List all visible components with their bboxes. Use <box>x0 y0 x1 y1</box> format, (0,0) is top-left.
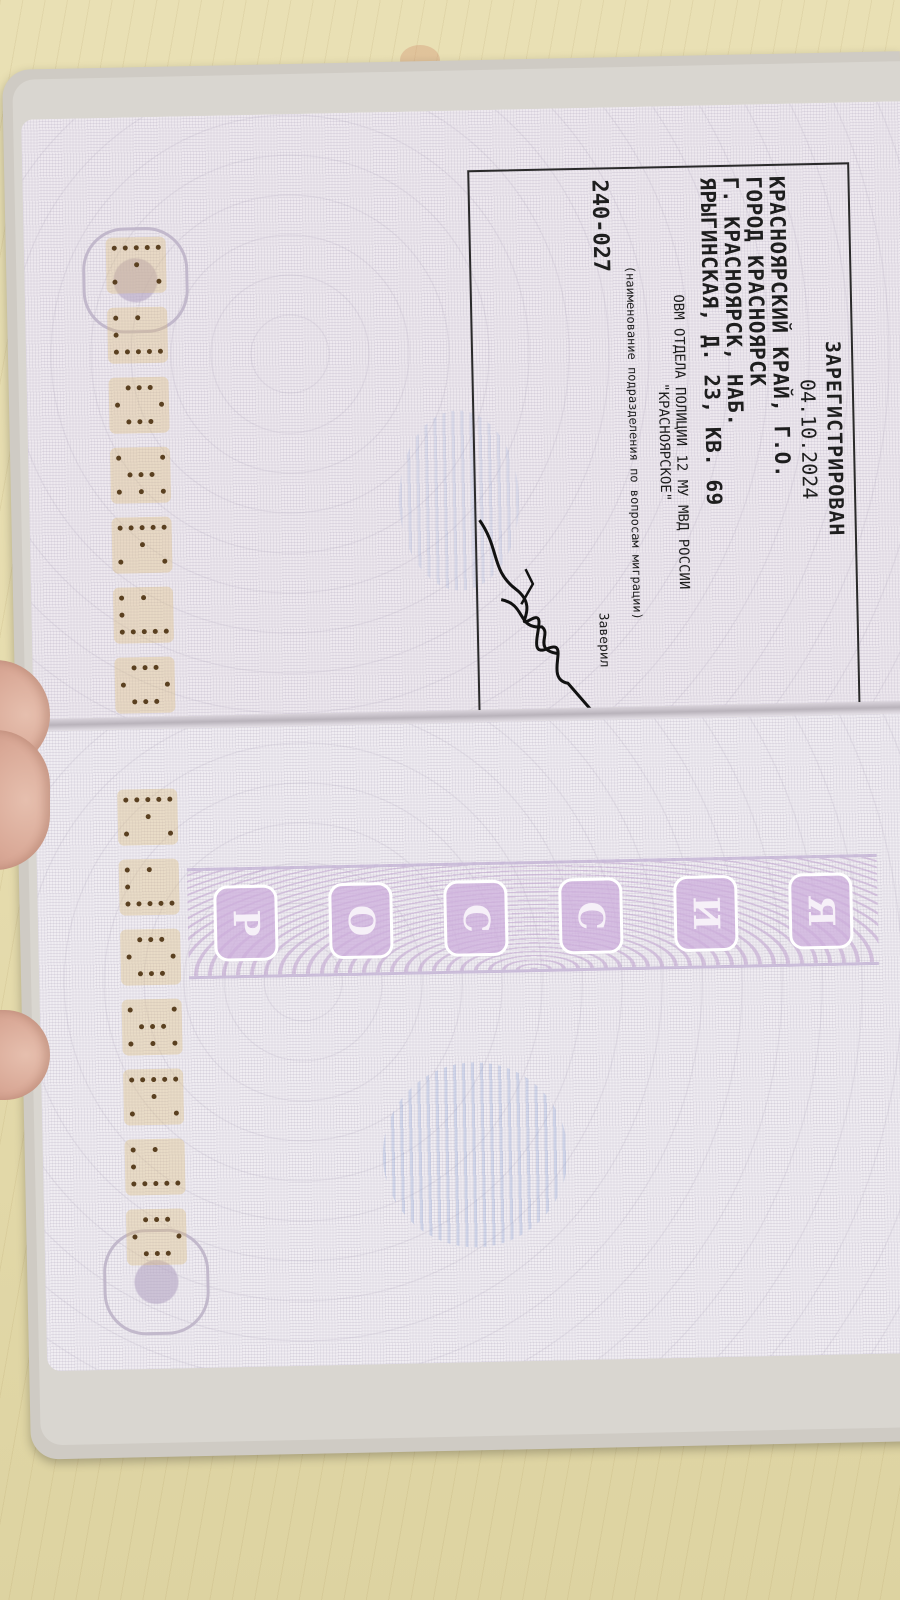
perforation-dot <box>140 542 145 547</box>
perforated-digit <box>126 1208 187 1265</box>
perforation-dot <box>126 419 131 424</box>
perforated-digit <box>121 998 182 1055</box>
perforation-dot <box>134 797 139 802</box>
perforation-dot <box>126 385 131 390</box>
stamp-caption: (наименование подразделения по вопросам … <box>621 179 646 707</box>
perforated-digit <box>119 858 180 915</box>
perforation-dot <box>135 315 140 320</box>
perforation-dot <box>141 595 146 600</box>
perforated-digit <box>123 1068 184 1125</box>
perforation-dot <box>158 901 163 906</box>
perforation-dot <box>171 954 176 959</box>
perforated-digit <box>110 447 171 504</box>
passport-cover: ЗАРЕГИСТРИРОВАН 04.10.2024 КРАСНОЯРСКИЙ … <box>2 51 900 1460</box>
perforation-dot <box>155 1251 160 1256</box>
perforation-dot <box>156 279 161 284</box>
perforation-dot <box>128 1041 133 1046</box>
perforation-dot <box>127 954 132 959</box>
perforation-dot <box>119 613 124 618</box>
perforation-dot <box>176 1233 181 1238</box>
perforation-dot <box>148 385 153 390</box>
perforation-dot <box>167 797 172 802</box>
perforation-dot <box>148 419 153 424</box>
passport-page-upper: ЗАРЕГИСТРИРОВАН 04.10.2024 КРАСНОЯРСКИЙ … <box>21 101 900 719</box>
perforation-dot <box>134 245 139 250</box>
perforation-dot <box>125 884 130 889</box>
perforation-dot <box>114 350 119 355</box>
ornament-letter: И <box>673 874 739 951</box>
perforation-dot <box>114 333 119 338</box>
perforation-dot <box>148 937 153 942</box>
perforation-dot <box>125 901 130 906</box>
perforation-dot <box>165 682 170 687</box>
perforation-dot <box>160 971 165 976</box>
perforation-dot <box>132 699 137 704</box>
perforation-dot <box>165 1217 170 1222</box>
perforation-dot <box>119 596 124 601</box>
perforation-dot <box>169 901 174 906</box>
passport-page-lower: РОССИЯ <box>34 713 900 1371</box>
stamp-code: 240-027 <box>586 179 613 272</box>
perforation-dot <box>113 316 118 321</box>
perforation-dot <box>123 245 128 250</box>
perforation-dot <box>129 525 134 530</box>
perforation-dot <box>166 1251 171 1256</box>
perforation-dot <box>156 245 161 250</box>
stamp-department: ОВМ ОТДЕЛА ПОЛИЦИИ 12 МУ МВД РОССИИ "КРА… <box>649 178 694 707</box>
perforation-dot <box>138 472 143 477</box>
perforation-dot <box>127 472 132 477</box>
perforation-dot <box>149 971 154 976</box>
perforated-digit <box>120 928 181 985</box>
perforation-dot <box>161 489 166 494</box>
perforation-dot <box>134 262 139 267</box>
perforation-dot <box>151 1077 156 1082</box>
perforation-dot <box>159 937 164 942</box>
perforation-dot <box>144 1251 149 1256</box>
perforation-dot <box>139 489 144 494</box>
perforation-dot <box>118 560 123 565</box>
perforation-dot <box>150 1041 155 1046</box>
ornament-letter: Р <box>213 884 279 961</box>
perforation-dot <box>143 699 148 704</box>
stamp-address: КРАСНОЯРСКИЙ КРАЙ, Г.О. ГОРОД КРАСНОЯРСК… <box>695 176 798 706</box>
perforation-dot <box>153 629 158 634</box>
perforation-dot <box>131 1164 136 1169</box>
perforation-dot <box>162 525 167 530</box>
perforated-digit <box>124 1138 185 1195</box>
perforation-dot <box>143 1217 148 1222</box>
perforation-dot <box>162 559 167 564</box>
perforation-dot <box>164 1181 169 1186</box>
perforation-dot <box>174 1111 179 1116</box>
ornament-letter: О <box>328 882 394 959</box>
perforation-dot <box>153 665 158 670</box>
perforation-dot <box>137 385 142 390</box>
perforation-dot <box>132 1234 137 1239</box>
ornament-letter: С <box>558 877 624 954</box>
perforation-dot <box>147 349 152 354</box>
perforated-serial-icon <box>106 237 176 708</box>
perforation-dot <box>142 665 147 670</box>
perforation-dot <box>112 246 117 251</box>
perforated-digit <box>107 307 168 364</box>
perforation-dot <box>120 630 125 635</box>
ornament-letter: Я <box>787 872 853 949</box>
perforation-dot <box>115 403 120 408</box>
perforated-digit <box>108 377 169 434</box>
perforated-digit <box>113 587 174 644</box>
perforation-dot <box>145 245 150 250</box>
perforation-dot <box>146 814 151 819</box>
perforation-dot <box>142 629 147 634</box>
perforation-dot <box>131 1147 136 1152</box>
perforation-dot <box>117 490 122 495</box>
perforation-dot <box>154 699 159 704</box>
perforation-dot <box>175 1181 180 1186</box>
perforation-dot <box>172 1007 177 1012</box>
perforation-dot <box>136 349 141 354</box>
perforation-dot <box>168 831 173 836</box>
perforation-dot <box>130 1111 135 1116</box>
perforation-dot <box>160 455 165 460</box>
perforation-dot <box>153 1147 158 1152</box>
perforation-dot <box>137 419 142 424</box>
perforation-dot <box>147 867 152 872</box>
perforation-dot <box>151 1094 156 1099</box>
perforation-dot <box>140 1077 145 1082</box>
perforation-dot <box>136 901 141 906</box>
ornament-letter: С <box>443 879 509 956</box>
perforation-dot <box>137 937 142 942</box>
ornament-band: РОССИЯ <box>187 854 879 979</box>
perforation-dot <box>159 402 164 407</box>
perforation-dot <box>151 525 156 530</box>
perforation-dot <box>131 629 136 634</box>
perforation-dot <box>156 797 161 802</box>
perforated-digit <box>117 788 178 845</box>
perforation-dot <box>128 1007 133 1012</box>
perforation-dot <box>164 629 169 634</box>
perforation-dot <box>150 1024 155 1029</box>
perforation-dot <box>118 526 123 531</box>
perforation-dot <box>161 1024 166 1029</box>
perforation-dot <box>153 1181 158 1186</box>
signature-icon <box>469 508 603 720</box>
perforation-dot <box>139 1024 144 1029</box>
perforation-dot <box>140 525 145 530</box>
perforation-dot <box>172 1041 177 1046</box>
perforated-digit <box>111 517 172 574</box>
perforation-dot <box>149 472 154 477</box>
perforation-dot <box>129 1077 134 1082</box>
perforation-dot <box>131 665 136 670</box>
perforation-dot <box>131 1181 136 1186</box>
perforation-dot <box>173 1077 178 1082</box>
perforation-dot <box>158 349 163 354</box>
perforated-digit <box>106 237 167 294</box>
perforation-dot <box>125 349 130 354</box>
perforated-serial-icon <box>117 788 187 1259</box>
perforation-dot <box>112 280 117 285</box>
perforation-dot <box>142 1181 147 1186</box>
perforation-dot <box>145 797 150 802</box>
perforation-dot <box>147 901 152 906</box>
perforation-dot <box>121 683 126 688</box>
perforation-dot <box>138 971 143 976</box>
perforation-dot <box>162 1077 167 1082</box>
perforation-dot <box>123 798 128 803</box>
perforation-dot <box>116 456 121 461</box>
perforation-dot <box>125 867 130 872</box>
perforation-dot <box>124 832 129 837</box>
perforation-dot <box>154 1217 159 1222</box>
perforated-digit <box>114 657 175 714</box>
